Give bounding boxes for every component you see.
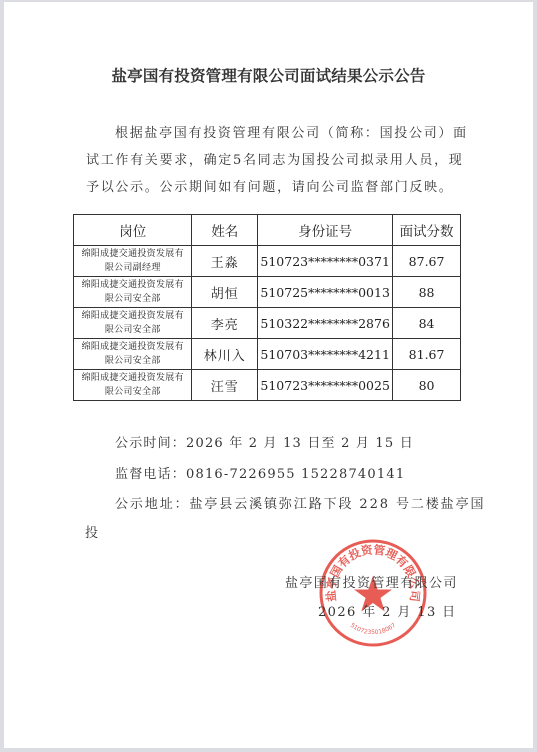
cell-post: 绵阳成捷交通投资发展有限公司安全部: [74, 339, 192, 370]
table-row: 绵阳成捷交通投资发展有限公司安全部 汪雪 510723********0025 …: [74, 370, 461, 401]
cell-id: 510703********4211: [258, 339, 393, 370]
cell-name: 李亮: [192, 308, 258, 339]
cell-post: 绵阳成捷交通投资发展有限公司副经理: [74, 246, 192, 277]
cell-post: 绵阳成捷交通投资发展有限公司安全部: [74, 370, 192, 401]
header-id: 身份证号: [258, 215, 393, 246]
cell-id: 510725********0013: [258, 277, 393, 308]
table-row: 绵阳成捷交通投资发展有限公司副经理 王淼 510723********0371 …: [74, 246, 461, 277]
results-table: 岗位 姓名 身份证号 面试分数 绵阳成捷交通投资发展有限公司副经理 王淼 510…: [73, 214, 461, 401]
cell-name: 林川入: [192, 339, 258, 370]
table-row: 绵阳成捷交通投资发展有限公司安全部 胡恒 510725********0013 …: [74, 277, 461, 308]
header-post: 岗位: [74, 215, 192, 246]
intro-line-2: 试工作有关要求，确定5名同志为国投公司拟录用人员，现: [86, 147, 460, 174]
table-row: 绵阳成捷交通投资发展有限公司安全部 李亮 510322********2876 …: [74, 308, 461, 339]
cell-id: 510322********2876: [258, 308, 393, 339]
signature-date: 2026 年 2 月 13 日: [318, 601, 457, 620]
table-row: 绵阳成捷交通投资发展有限公司安全部 林川入 510703********4211…: [74, 339, 461, 370]
header-score: 面试分数: [393, 215, 461, 246]
cell-post: 绵阳成捷交通投资发展有限公司安全部: [74, 308, 192, 339]
company-seal-icon: 盐亭国有投资管理有限公司 5107235018067: [318, 538, 428, 648]
address-text-line1: 公示地址：盐亭县云溪镇弥江路下段 228 号二楼盐亭国: [115, 493, 485, 512]
cell-score: 84: [393, 308, 461, 339]
cell-id: 510723********0025: [258, 370, 393, 401]
cell-score: 87.67: [393, 246, 461, 277]
cell-name: 胡恒: [192, 277, 258, 308]
intro-line-1: 根据盐亭国有投资管理有限公司（简称：国投公司）面: [86, 120, 460, 147]
period-text: 公示时间：2026 年 2 月 13 日至 2 月 15 日: [115, 432, 414, 451]
document-title: 盐亭国有投资管理有限公司面试结果公示公告: [0, 64, 537, 86]
phone-text: 监督电话：0816-7226955 15228740141: [115, 463, 405, 482]
cell-score: 81.67: [393, 339, 461, 370]
svg-text:5107235018067: 5107235018067: [349, 622, 398, 636]
address-text-line2: 投: [85, 522, 99, 541]
header-name: 姓名: [192, 215, 258, 246]
cell-id: 510723********0371: [258, 246, 393, 277]
cell-name: 王淼: [192, 246, 258, 277]
intro-line-3: 予以公示。公示期间如有问题，请向公司监督部门反映。: [86, 174, 460, 201]
cell-name: 汪雪: [192, 370, 258, 401]
cell-score: 88: [393, 277, 461, 308]
table-header-row: 岗位 姓名 身份证号 面试分数: [74, 215, 461, 246]
intro-paragraph: 根据盐亭国有投资管理有限公司（简称：国投公司）面 试工作有关要求，确定5名同志为…: [86, 120, 460, 201]
cell-score: 80: [393, 370, 461, 401]
signature-company: 盐亭国有投资管理有限公司: [285, 572, 458, 591]
cell-post: 绵阳成捷交通投资发展有限公司安全部: [74, 277, 192, 308]
